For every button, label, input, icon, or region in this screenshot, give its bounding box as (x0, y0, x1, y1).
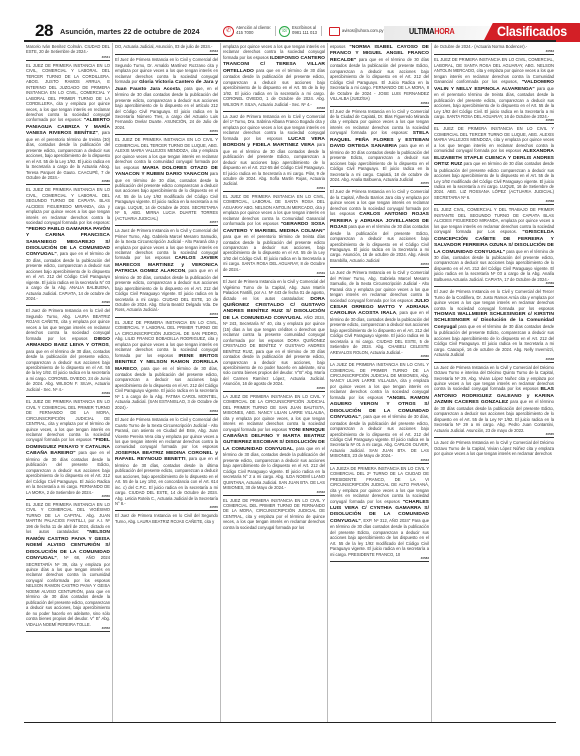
legal-notice: LA JUEZA DE PRIMERA INSTANCIA EN LO CIVI… (330, 465, 429, 562)
notice-text-cont: , para que en el término de 30 días, con… (223, 446, 325, 490)
legal-notice: El Juez de Primera Instancia en lo Civil… (223, 278, 325, 392)
legal-notice: EL JUEZ DE PRIMERA INSTANCIA EN LO CIVIL… (115, 136, 218, 226)
notice-text-cont: para que en el término de 30 días contad… (330, 224, 429, 263)
divider (321, 26, 322, 36)
legal-notice: EL JUEZ DE PRIMERA INSTANCIA EN LO CIVIL… (223, 497, 325, 533)
legal-notice: La Juez de Primera Instancia en lo Civil… (115, 227, 218, 318)
legal-notice: LA JUEZ DE PRIMERA INSTANCIA EN LO CIVIL… (330, 361, 429, 464)
notice-text: EL JUEZ DE PRIMERA INSTANCIA EN LO CIVIL… (26, 187, 110, 225)
legal-notice: de Octubre de 2024.- (Actuaria Norma Bod… (434, 43, 554, 55)
notice-code: 40583 (330, 557, 429, 560)
legal-notice: El Juez de Primera Instancia en lo Civil… (115, 512, 218, 526)
contact-email: avisos@uhora.com.py (329, 25, 384, 37)
notice-code: 40555 (115, 506, 218, 509)
notice-text-cont: , para que en el término de 30 días, con… (26, 251, 110, 301)
notice-text: EL JUEZ DE PRIMERA INSTANCIA EN LO CIVIL… (26, 399, 110, 442)
logo-part2: HORA (434, 26, 454, 36)
notice-code: 40549 (223, 272, 325, 275)
legal-notice: La Juez de Primera Instancia en lo Civil… (330, 269, 429, 360)
legal-notice: EL JUEZ DE PRIMERA INSTANCIA EN LO CIVIL… (26, 186, 110, 306)
notice-code: 40563 (434, 50, 554, 53)
notice-code: 40572 (330, 263, 429, 266)
notice-code: 40565 (434, 119, 554, 122)
legal-notice: EL JUEZ DE PRIMERA INSTANCIA EN LO CIVIL… (26, 501, 110, 632)
notice-text-cont: , para que en el término de 30 días, con… (330, 414, 429, 458)
notice-text-cont: , para que en el término de 30 días, con… (26, 342, 110, 392)
page-number: 28 (35, 21, 53, 41)
legal-notice: El Juez de Primera Instancia en lo Civil… (26, 307, 110, 397)
notice-code: 40539 (26, 392, 110, 395)
legal-notice: Marcelo Iván Benítez Colmán. CIUDAD DEL … (26, 43, 110, 61)
notice-code: 40548 (434, 358, 554, 361)
notice-text: El Juez de Primera Instancia en lo Civil… (115, 417, 218, 449)
notice-code: 40541 (26, 56, 110, 59)
legal-notice: EL JUEZ CIVIL, COMERCIAL Y DEL TRABAJO D… (434, 206, 554, 287)
notice-text-cont: , para que en el término de 30 días, con… (330, 310, 429, 354)
notice-code: 40580 (26, 180, 110, 183)
legal-notice: La Juez de Primera Instancia en lo Civil… (434, 439, 554, 458)
notice-code: 40543 (115, 50, 218, 53)
legal-notice: La Juez de Primera Instancia en lo Civil… (434, 364, 554, 438)
legal-notice: El Juez de Primera Instancia en lo Civil… (330, 108, 429, 188)
legal-notice: EL JUEZ DE PRIMERA INSTANCIA EN LO CIVIL… (434, 125, 554, 205)
divider (275, 26, 276, 36)
notice-code: 40590 (26, 301, 110, 304)
notice-code: 40553 (115, 410, 218, 413)
column-4: esposos "NORMA ISABEL CAYOSO DE FRANCO Y… (328, 43, 432, 723)
notice-text-cont: para que en término de 30 días contados … (434, 161, 554, 200)
legal-notice: LA JUEZ DE PRIMERA INSTANCIA EN LO CIVIL… (223, 393, 325, 496)
phone-icon: ✆ (223, 26, 234, 37)
notice-code: 40543 (330, 459, 429, 462)
notice-text-cont: para que en el perentorio término de tre… (223, 234, 325, 272)
legal-notice: emplaza por quince veces a los que tenga… (223, 43, 325, 112)
section-title: Clasificados (497, 24, 567, 39)
notice-text-cont: para que en el término de 30 días contad… (223, 68, 325, 107)
contact-whatsapp: ☏ Escríbinos al 0981 111 013 (279, 25, 317, 37)
notice-code: 40577 (115, 221, 218, 224)
notice-text: de Octubre de 2024.- (Actuaria Norma Bod… (434, 44, 527, 49)
notice-text-cont: , EXP. Nº 312, AÑO 2024" Para que en tér… (330, 518, 429, 557)
notice-code: 40538 (223, 107, 325, 110)
notice-text: DO, Actuaria Judicial, Asunción, 03 de j… (115, 44, 212, 49)
notice-text-cont: AÑO 2024, Nº 243, Secretaría N° 40, cita… (223, 315, 325, 386)
notice-text: EL JUEZ DE PRIMERA INSTANCIA EN LO CIVIL… (115, 320, 218, 358)
notice-code: 40575 (330, 182, 429, 185)
notice-text-cont: para que en el término de 30 días contad… (223, 142, 325, 186)
legal-notice: EL JUEZ DE PRIMERA INSTANCIA EN LO CIVIL… (223, 193, 325, 277)
notice-code: 40550 (26, 495, 110, 498)
page-header: 28 Asunción, martes 22 de octubre de 202… (24, 22, 556, 38)
notice-text-cont: , Nº 68, AÑO 2024 SECRETARÍA Nº 39, cita… (26, 555, 110, 626)
legal-notice: El Juez de Primera Instancia en lo Civil… (115, 56, 218, 135)
newspaper-page: 28 Asunción, martes 22 de octubre de 202… (0, 0, 580, 756)
notice-code: 40573 (115, 313, 218, 316)
notice-text-cont: para que en el término de 30 días contad… (26, 450, 110, 494)
notice-text: El Juez de Primera Instancia en lo Civil… (434, 289, 554, 310)
notice-text-cont: para que en término de 30 días, contados… (115, 171, 218, 221)
notice-text: EL JUEZ DE PRIMERA INSTANCIA EN LO CIVIL… (26, 63, 110, 123)
legal-notice: El Juez de Primera Instancia en lo Civil… (330, 188, 429, 268)
notice-text: La Juez de Primera Instancia en lo Civil… (434, 365, 554, 392)
contact-email-value: avisos@uhora.com.py (342, 29, 384, 34)
contact-phone-value: 415 7000 (236, 30, 253, 35)
legal-notice: El Juez de Primera Instancia en lo Civil… (115, 416, 218, 511)
issue-date: Asunción, martes 22 de octubre de 2024 (60, 27, 200, 36)
contact-phone: ✆ Atención al cliente: 415 7000 (223, 25, 271, 37)
column-2: DO, Actuaria Judicial, Asunción, 03 de j… (113, 43, 221, 723)
contact-whatsapp-value: 0981 111 013 (292, 30, 317, 35)
notice-text: El Juez de Primera Instancia en lo Civil… (115, 513, 218, 523)
notice-text-cont: para que en el término de 30 días contad… (330, 143, 429, 182)
legal-notice: EL JUEZ DE PRIMERA INSTANCIA EN LO CIVIL… (115, 319, 218, 415)
legal-notice: El Juez de Primera Instancia en lo Civil… (434, 288, 554, 362)
ultimahora-logo: ULTIMAHORA (409, 26, 454, 36)
notice-code: 40532 (223, 491, 325, 494)
column-3: emplaza por quince veces a los que tenga… (221, 43, 328, 723)
legal-notice: DO, Actuaria Judicial, Asunción, 03 de j… (115, 43, 218, 55)
notice-text-cont: , para que en el término de 30 días, con… (115, 268, 218, 312)
notice-code: 40560 (330, 355, 429, 358)
notice-code: 40535 (223, 387, 325, 390)
notice-text-cont: , para que en el término de 30 días, con… (115, 366, 218, 410)
notice-text: EL JUEZ DE PRIMERA INSTANCIA EN LO CIVIL… (223, 498, 325, 530)
legal-notice: EL JUEZ DE PRIMERA INSTANCIA EN LO CIVIL… (26, 62, 110, 186)
notice-text: La Juez de Primera Instancia en lo Civil… (434, 440, 554, 456)
legal-notice: EL JUEZ DE PRIMERA INSTANCIA EN LO CIVIL… (26, 398, 110, 500)
notice-text-cont: para que en el término de 30 días contad… (330, 57, 429, 101)
bottom-rule (24, 722, 556, 723)
column-5: de Octubre de 2024.- (Actuaria Norma Bod… (432, 43, 556, 723)
notice-code: 40570 (115, 130, 218, 133)
notice-code: 40564 (330, 102, 429, 105)
mail-icon (329, 27, 340, 36)
notice-text-cont: , para que, en el término de 30 días con… (115, 86, 218, 130)
whatsapp-icon: ☏ (279, 26, 290, 37)
notice-text: LA JUEZ DE PRIMERA INSTANCIA EN LO CIVIL… (223, 394, 325, 432)
top-rule (24, 40, 556, 42)
notice-text-cont: , para que en el término de 30 días, con… (115, 456, 218, 506)
notice-text: LA JUEZA DE PRIMERA INSTANCIA EN LO CIVI… (330, 466, 429, 504)
notice-text: LA JUEZ DE PRIMERA INSTANCIA EN LO CIVIL… (330, 362, 429, 400)
notice-code: 40552 (26, 627, 110, 630)
notice-code: 40561 (223, 187, 325, 190)
notice-code: 40569 (434, 282, 554, 285)
legal-notice: esposos "NORMA ISABEL CAYOSO DE FRANCO Y… (330, 43, 429, 107)
notice-code: 40568 (434, 200, 554, 203)
column-1: Marcelo Iván Benítez Colmán. CIUDAD DEL … (24, 43, 113, 723)
legal-notice: EL JUEZ DE PRIMERA INSTANCIA EN LO CIVIL… (434, 56, 554, 124)
notice-text: Marcelo Iván Benítez Colmán. CIUDAD DEL … (26, 44, 110, 54)
notice-code: 40535 (434, 433, 554, 436)
notice-text-cont: , para que en el perentorio término de t… (26, 130, 110, 180)
edicts-columns: Marcelo Iván Benítez Colmán. CIUDAD DEL … (24, 43, 556, 723)
notice-text: esposos (330, 44, 349, 49)
legal-notice: La Juez de Primera Instancia en lo Civil… (223, 113, 325, 192)
logo-part1: ULTIMA (409, 26, 434, 36)
